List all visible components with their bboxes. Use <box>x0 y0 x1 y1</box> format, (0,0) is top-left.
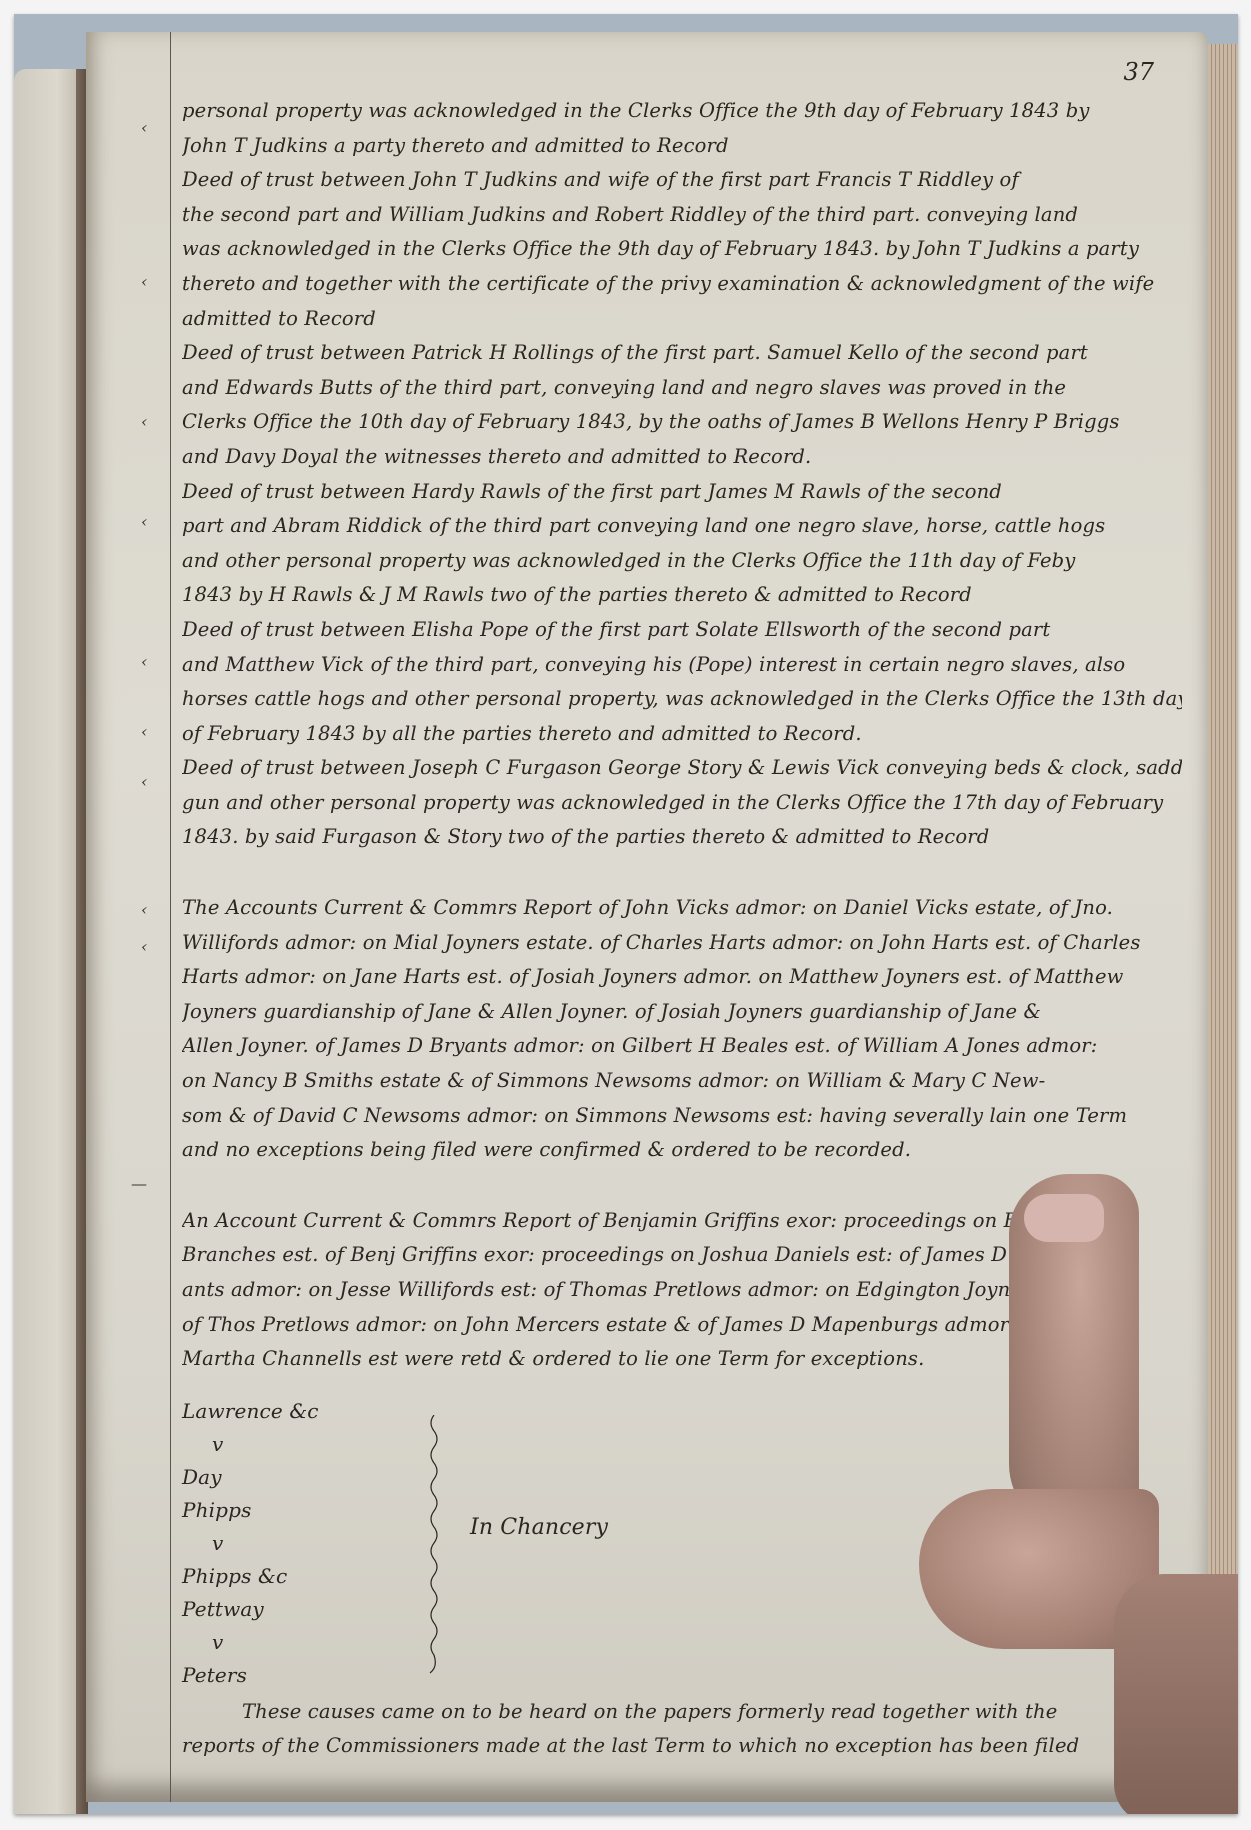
text-line: gun and other personal property was ackn… <box>182 786 1182 821</box>
margin-tick: ‹ <box>141 900 147 919</box>
margin-tick: ‹ <box>141 937 147 956</box>
text-line: Joyners guardianship of Jane & Allen Joy… <box>182 995 1182 1030</box>
text-line: on Nancy B Smiths estate & of Simmons Ne… <box>182 1064 1182 1099</box>
text-line: and no exceptions being filed were confi… <box>182 1133 1182 1168</box>
spacer <box>182 855 1182 891</box>
margin-tick: ‹ <box>141 772 147 791</box>
text-line: 1843. by said Furgason & Story two of th… <box>182 820 1182 855</box>
text-line: thereto and together with the certificat… <box>182 267 1182 302</box>
text-line: The Accounts Current & Commrs Report of … <box>182 891 1182 926</box>
text-line: and other personal property was acknowle… <box>182 544 1182 579</box>
text-line: Willifords admor: on Mial Joyners estate… <box>182 926 1182 961</box>
margin-tick: ‹ <box>141 722 147 741</box>
text-line: Deed of trust between Elisha Pope of the… <box>182 613 1182 648</box>
closing-paragraph: These causes came on to be heard on the … <box>182 1695 1182 1764</box>
text-line: Deed of trust between John T Judkins and… <box>182 163 1182 198</box>
party: Peters <box>182 1659 422 1692</box>
case-parties: Lawrence &c v Day Phipps v Phipps &c Pet… <box>182 1395 422 1692</box>
entry-judkins-deed: Deed of trust between John T Judkins and… <box>182 163 1182 336</box>
book-photograph: ‹ ‹ ‹ ‹ ‹ ‹ ‹ ‹ ‹ — 37 personal property… <box>14 14 1238 1814</box>
margin-tick: — <box>131 1174 147 1193</box>
text-line: Harts admor: on Jane Harts est. of Josia… <box>182 960 1182 995</box>
margin-tick: ‹ <box>141 118 147 137</box>
fingernail <box>1024 1194 1104 1242</box>
text-line: Deed of trust between Hardy Rawls of the… <box>182 475 1182 510</box>
text-line: som & of David C Newsoms admor: on Simmo… <box>182 1099 1182 1134</box>
text-line: the second part and William Judkins and … <box>182 198 1182 233</box>
wavy-brace-icon <box>426 1415 440 1675</box>
text-line: and Edwards Butts of the third part, con… <box>182 371 1182 406</box>
text-line: horses cattle hogs and other personal pr… <box>182 682 1182 717</box>
margin-tick: ‹ <box>141 412 147 431</box>
page-stack-edge <box>1204 44 1238 1814</box>
court-label: In Chancery <box>470 1511 608 1546</box>
party: Pettway <box>182 1593 422 1626</box>
party: Phipps <box>182 1494 422 1527</box>
party: Day <box>182 1461 422 1494</box>
entry-judkins-ack: personal property was acknowledged in th… <box>182 94 1182 163</box>
versus: v <box>182 1428 422 1461</box>
party: Lawrence &c <box>182 1395 422 1428</box>
party: Phipps &c <box>182 1560 422 1593</box>
holding-hand <box>1114 1574 1238 1814</box>
entry-rollings-deed: Deed of trust between Patrick H Rollings… <box>182 336 1182 474</box>
margin-ticks: ‹ ‹ ‹ ‹ ‹ ‹ ‹ ‹ ‹ — <box>141 32 171 1802</box>
versus: v <box>182 1527 422 1560</box>
margin-tick: ‹ <box>141 512 147 531</box>
entry-accounts-vick: The Accounts Current & Commrs Report of … <box>182 891 1182 1168</box>
page-number: 37 <box>1123 58 1154 86</box>
text-line: Deed of trust between Joseph C Furgason … <box>182 751 1182 786</box>
text-line: admitted to Record <box>182 302 1182 337</box>
margin-tick: ‹ <box>141 652 147 671</box>
text-line: Deed of trust between Patrick H Rollings… <box>182 336 1182 371</box>
entry-pope-deed: Deed of trust between Elisha Pope of the… <box>182 613 1182 751</box>
text-line: part and Abram Riddick of the third part… <box>182 509 1182 544</box>
text-line: was acknowledged in the Clerks Office th… <box>182 232 1182 267</box>
entry-furgason-deed: Deed of trust between Joseph C Furgason … <box>182 751 1182 855</box>
text-line: John T Judkins a party thereto and admit… <box>182 129 1182 164</box>
text-line: personal property was acknowledged in th… <box>182 94 1182 129</box>
text-line: Clerks Office the 10th day of February 1… <box>182 405 1182 440</box>
versus: v <box>182 1626 422 1659</box>
text-line: and Davy Doyal the witnesses thereto and… <box>182 440 1182 475</box>
text-line: of February 1843 by all the parties ther… <box>182 717 1182 752</box>
text-line: and Matthew Vick of the third part, conv… <box>182 648 1182 683</box>
margin-tick: ‹ <box>141 272 147 291</box>
text-line: reports of the Commissioners made at the… <box>182 1729 1182 1764</box>
entry-rawls-deed: Deed of trust between Hardy Rawls of the… <box>182 475 1182 613</box>
text-line: Allen Joyner. of James D Bryants admor: … <box>182 1029 1182 1064</box>
text-line: 1843 by H Rawls & J M Rawls two of the p… <box>182 578 1182 613</box>
text-line: These causes came on to be heard on the … <box>182 1695 1182 1730</box>
